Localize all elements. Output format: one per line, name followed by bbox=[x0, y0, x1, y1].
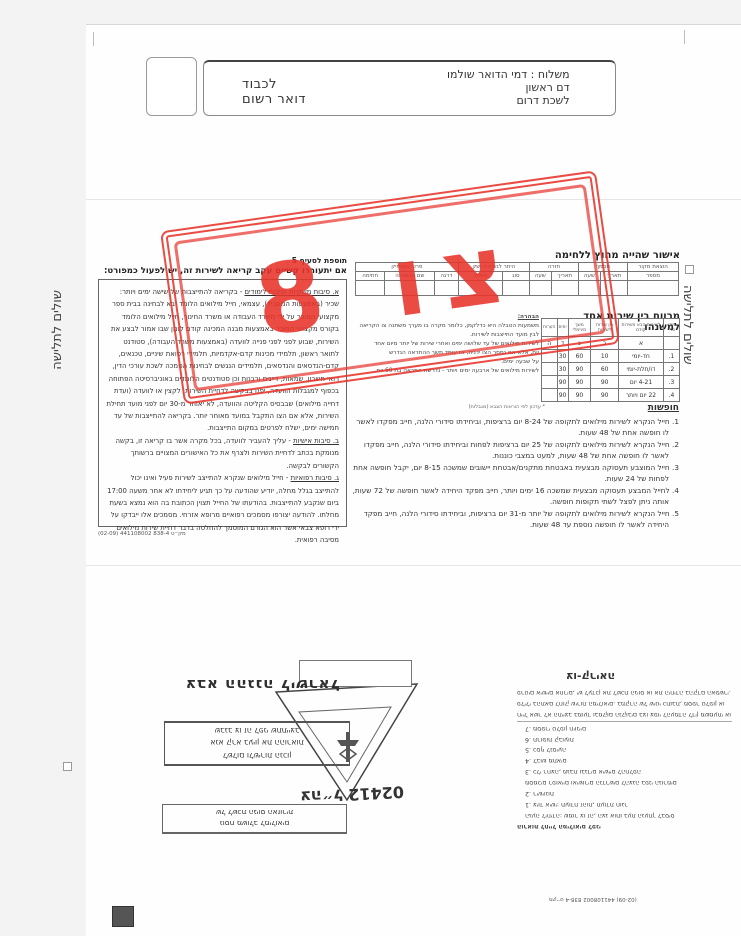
info-box: נוסח משולב למילואים של לשכת הגיוס האזורי… bbox=[162, 804, 347, 834]
info-box-line: של לשכת הגיוס האזורית bbox=[166, 807, 343, 818]
table-cell: 90 bbox=[591, 376, 619, 389]
table-cell: 90 bbox=[568, 389, 591, 402]
postage-block: משלוח : דמי הדואר שולמו דם ראשון לשכת דר… bbox=[447, 68, 570, 107]
table-subheader: תאריך bbox=[551, 272, 578, 281]
appendix-title: תוספת לסעיף 5 bbox=[98, 256, 347, 266]
notes-line: משמעות הטבלה היא כדלקמן, כלומר מקרה בו מ… bbox=[353, 322, 539, 331]
table-cell: 30 bbox=[557, 363, 568, 376]
appendix-subtitle: אם יתעוררו קשיים עקב קריאה לשירות זה, יש… bbox=[98, 266, 347, 276]
row-label: דו/תלת-יומי bbox=[619, 363, 664, 376]
table-cell bbox=[551, 281, 578, 296]
table-header: הוצאת מקור bbox=[628, 263, 679, 272]
instruction-line: מסמכים רפואיים ואישורים הנדרשים להצגה בפ… bbox=[517, 776, 732, 787]
table-cell: 90 bbox=[568, 376, 591, 389]
notice-line: אנא קרא בעיון את ההוראות bbox=[168, 736, 346, 749]
appendix-paragraph: א. סיבות משקיות וסיבות לימודים - בקריאה … bbox=[106, 286, 339, 435]
table-cell bbox=[502, 281, 529, 296]
table-cell bbox=[663, 337, 679, 350]
instruction-line: 1. ציוד אישי: תעודת זהות, תעודת חוגר bbox=[517, 798, 732, 809]
appendix-heading: תוספת לסעיף 5 אם יתעוררו קשיים עקב קריאה… bbox=[98, 256, 347, 276]
table-header: משך מינימלי bbox=[568, 319, 591, 337]
table-row: 2. דו/תלת-יומי 60 90 30 bbox=[542, 363, 680, 376]
paragraph-text: - בקריאה להתייצבות של שישה ימים ויותר: ש… bbox=[107, 288, 339, 432]
fold-line-middle bbox=[86, 565, 741, 566]
table-row: 3. 4-21 יום 90 90 90 bbox=[542, 376, 680, 389]
tear-margin-label-right: שולים לתלישה bbox=[680, 285, 695, 365]
leave-item: 5. חייל הנקרא לשירות מילואים לתקופה של י… bbox=[352, 508, 679, 531]
instructions-block: הוראות לחייל המילואים לפני הגעה ליחידה: … bbox=[517, 686, 732, 831]
recipient-line: לכבוד bbox=[242, 77, 306, 92]
margin-tick bbox=[93, 32, 94, 46]
address-window: לכבוד דואר רשום משלוח : דמי הדואר שולמו … bbox=[203, 60, 616, 116]
checkbox-left[interactable] bbox=[63, 762, 72, 771]
table-cell: 90 bbox=[557, 389, 568, 402]
instruction-line: 5. כסף לנסיעה bbox=[517, 744, 732, 755]
appendix-paragraph: ב. סיבות אישיות - עליך להעביר לוועדה, בכ… bbox=[106, 435, 339, 472]
notes-line: יום, אלא אם נמסר הצו ידנית, אז עומד משך … bbox=[353, 349, 539, 358]
row-label: 22 יום ויותר bbox=[619, 389, 664, 402]
notes-line: לשירות מילואים של ארבעה ימים ויותר - נדר… bbox=[353, 367, 539, 376]
table-cell: 30 bbox=[557, 350, 568, 363]
row-number: 1. bbox=[663, 350, 679, 363]
recipient-block: לכבוד דואר רשום bbox=[242, 77, 306, 107]
info-box-line: נוסח משולב למילואים bbox=[166, 818, 343, 829]
instruction-line: 7. מספרי טלפון חיוניים bbox=[517, 722, 732, 733]
table-header: ימים bbox=[557, 319, 568, 337]
column-letter: ה bbox=[542, 337, 558, 350]
table-cell bbox=[542, 350, 558, 363]
column-letter: ב bbox=[591, 337, 619, 350]
notes-line: על שבעה ימים. bbox=[353, 358, 539, 367]
table-cell bbox=[385, 281, 435, 296]
instruction-line: 4. לבוש מתאים bbox=[517, 754, 732, 765]
table-header: מסמך bbox=[579, 263, 628, 272]
table-subheader: סוג bbox=[502, 272, 529, 281]
column-letter: ג bbox=[568, 337, 591, 350]
table-subheader: מספר bbox=[458, 272, 502, 281]
table-subheader: חתימה bbox=[356, 272, 385, 281]
table-row: 4. 22 יום ויותר 90 90 90 bbox=[542, 389, 680, 402]
notes-line: לבין מועד התייצבות לשירות. bbox=[353, 331, 539, 340]
paragraph-heading: א. סיבות משקיות וסיבות לימודים bbox=[244, 288, 339, 296]
table-cell bbox=[542, 389, 558, 402]
table-cell: 60 bbox=[568, 350, 591, 363]
instruction-line: הגעה ליחידה: שמור צו זה, הצג אותו בעת הג… bbox=[517, 809, 732, 820]
postage-line: לשכת דרום bbox=[447, 94, 570, 107]
row-number: 3. bbox=[663, 376, 679, 389]
table-cell: 90 bbox=[568, 363, 591, 376]
confirmation-title: אישור שהייה מחוץ ללחימה bbox=[470, 250, 680, 261]
table-cell bbox=[628, 281, 679, 296]
stamp-box bbox=[146, 57, 197, 116]
table-cell bbox=[356, 281, 385, 296]
table-header: פרטי המחזיק bbox=[356, 263, 459, 272]
service-gap-table: מס׳ סד׳ לשירות הבא משירות קודם בין שירות… bbox=[541, 318, 680, 402]
table-header: היתר לנשיאת נשק bbox=[458, 263, 529, 272]
notes-title: הבהרה: bbox=[353, 313, 539, 322]
notice-line: שבגב צו זה לפני שתתייצב bbox=[168, 724, 346, 737]
leave-title: חופשות bbox=[352, 403, 679, 415]
tear-margin-label-left: שולים לתלישה bbox=[50, 290, 65, 370]
table-cell: 10 bbox=[591, 350, 619, 363]
notice-box: לשלום ולשירות הנכון אנא קרא בעיון את ההו… bbox=[164, 721, 350, 766]
table-subheader: שעה bbox=[529, 272, 551, 281]
column-letter: ד bbox=[557, 337, 568, 350]
margin-tick bbox=[684, 30, 685, 44]
table-cell bbox=[435, 281, 458, 296]
table-subheader: תאריך bbox=[600, 272, 627, 281]
row-number: 2. bbox=[663, 363, 679, 376]
recipient-line: דואר רשום bbox=[242, 92, 306, 107]
table-cell bbox=[600, 281, 627, 296]
form-code: (02-09) 441108002 מק״ט 838-4 bbox=[98, 531, 186, 537]
table-row: 1. חד-יומי 10 60 30 bbox=[542, 350, 680, 363]
idf-title: צבא ההגנה לישראל bbox=[185, 676, 340, 694]
checkbox-right[interactable] bbox=[685, 265, 694, 274]
table-subheader: מספר bbox=[628, 272, 679, 281]
table-subheader: שם ומשפחה bbox=[385, 272, 435, 281]
leave-item: 1. חייל הנקרא לשירות מילואים לתקופה של 8… bbox=[352, 416, 679, 439]
instruction-line: 2. רישיונות bbox=[517, 787, 732, 798]
column-letter: א bbox=[619, 337, 664, 350]
bottom-panel-inverted: (02-09) 441108002 מק״ט 838-4 הוראות לחיי… bbox=[86, 620, 741, 936]
table-header: הערות bbox=[542, 319, 558, 337]
fold-line-top bbox=[86, 199, 741, 200]
table-cell bbox=[579, 281, 601, 296]
appendix-box: א. סיבות משקיות וסיבות לימודים - בקריאה … bbox=[98, 279, 347, 527]
instruction-line: 6. תרופות קבועות bbox=[517, 733, 732, 744]
table-cell: 90 bbox=[557, 376, 568, 389]
paragraph-heading: ב. סיבות אישיות bbox=[293, 437, 339, 445]
table-header: חזרה bbox=[529, 263, 578, 272]
table-cell: 60 bbox=[591, 363, 619, 376]
table-cell bbox=[542, 376, 558, 389]
leave-item: 4. לחייל המבצע תעסוקה מבצעית שמשכה 16 ימ… bbox=[352, 485, 679, 508]
table-cell bbox=[542, 363, 558, 376]
row-label: חד-יומי bbox=[619, 350, 664, 363]
presence-confirmation-table: הוצאת מקור מסמך חזרה היתר לנשיאת נשק פרט… bbox=[355, 262, 679, 296]
row-label: 4-21 יום bbox=[619, 376, 664, 389]
notice-line: לשלום ולשירות הנכון bbox=[168, 749, 346, 762]
table-subheader: שעה bbox=[579, 272, 601, 281]
form-code: (02-09) 441108002 מק״ט 838-4 bbox=[549, 896, 637, 902]
table-header: לשירות הבא משירות קודם bbox=[619, 319, 664, 337]
postage-line: דם ראשון bbox=[447, 81, 570, 94]
scan-registration-mark bbox=[112, 906, 134, 927]
paragraph-heading: ג. סיבות רפואיות bbox=[291, 474, 339, 482]
leave-section: חופשות 1. חייל הנקרא לשירות מילואים לתקו… bbox=[352, 403, 679, 531]
table-cell bbox=[458, 281, 502, 296]
table-cell bbox=[529, 281, 551, 296]
instructions-title: הוראות לחייל המילואים לפני bbox=[517, 820, 732, 831]
table-cell: 90 bbox=[591, 389, 619, 402]
postage-line: משלוח : דמי הדואר שולמו bbox=[447, 68, 570, 81]
table-header: בין שירות לשירות bbox=[591, 319, 619, 337]
table-subheader: דרגה bbox=[435, 272, 458, 281]
notes-line: לשירות מילואים של עד שלושה ימים ואחרי שי… bbox=[353, 340, 539, 349]
table-header: מס׳ סד׳ bbox=[663, 319, 679, 337]
leave-item: 3. חייל המוצבע תעסוקה מבצעית באבטחת מתקנ… bbox=[352, 462, 679, 485]
instruction-paragraph: חייל אשר לא התייצב במועד ובמקום הנקובים … bbox=[517, 686, 732, 722]
instruction-line: 3. כלי רחצה, מגבת ובגדים אישיים להחלפה bbox=[517, 765, 732, 776]
leave-item: 2. חייל הנקרא לשירות מילואים לתקופה של 2… bbox=[352, 439, 679, 462]
call-up-heading: צו-קריאה bbox=[566, 670, 615, 683]
clarification-notes: הבהרה: משמעות הטבלה היא כדלקמן, כלומר מק… bbox=[353, 313, 539, 376]
row-number: 4. bbox=[663, 389, 679, 402]
